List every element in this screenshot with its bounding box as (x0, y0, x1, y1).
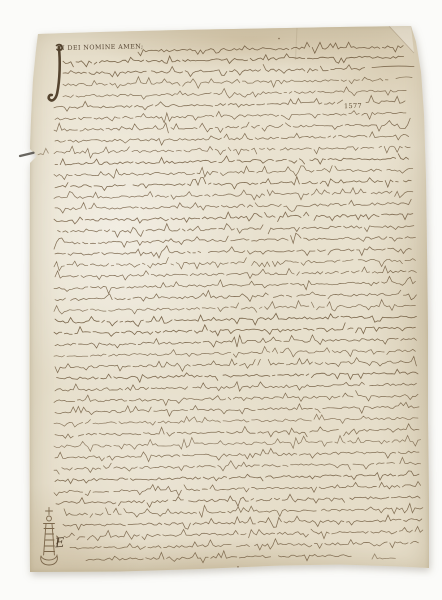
edge-dash-mark (0, 0, 442, 600)
manuscript-photo: N DEI NOMINE AMEN; 1577 E (0, 0, 442, 600)
